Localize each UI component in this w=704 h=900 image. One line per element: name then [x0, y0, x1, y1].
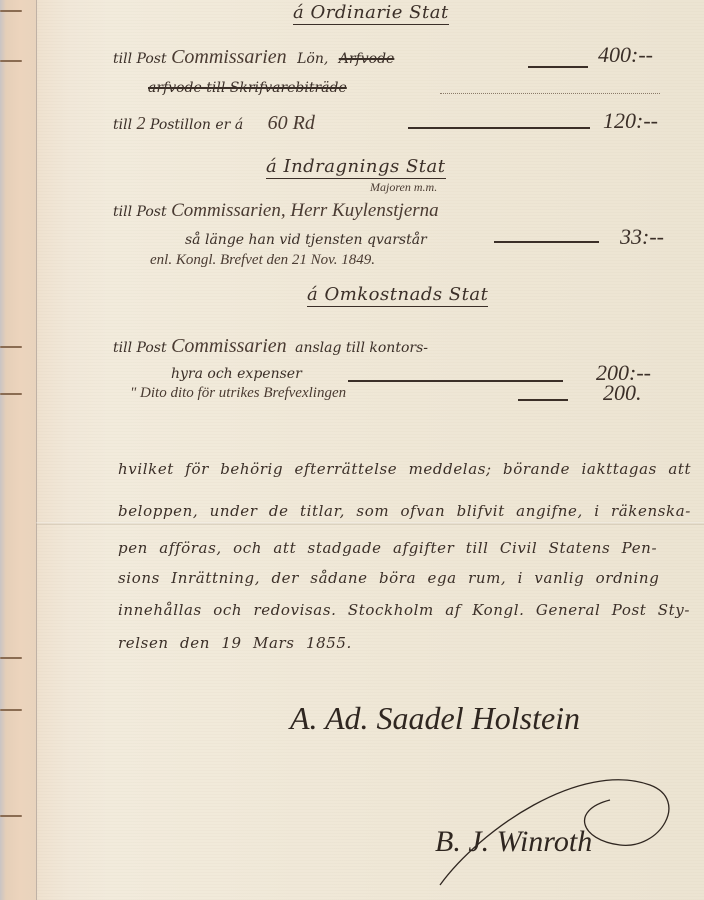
amount-leader-rule: [408, 127, 590, 129]
body-line-6: relsen den 19 Mars 1855.: [118, 634, 352, 652]
rate-value: 60 Rd: [268, 112, 315, 134]
section-heading-omkostnads: á Omkostnads Stat: [307, 284, 488, 307]
amount-400: 400:--: [598, 42, 653, 68]
amount-leader-rule: [348, 380, 563, 382]
signature-flourish: [400, 740, 700, 890]
entry-ordinarie-2: till 2 Postillon er á 60 Rd: [113, 112, 315, 135]
amount-leader-rule: [494, 241, 599, 243]
paper-fold-crease: [36, 522, 704, 525]
body-line-2: beloppen, under de titlar, som ofvan bli…: [118, 502, 691, 520]
amount-33: 33:--: [620, 224, 664, 250]
handwritten-title: Commissarien: [171, 46, 287, 68]
section-heading-ordinarie: á Ordinarie Stat: [293, 2, 449, 25]
entry-indragnings-2: så länge han vid tjensten qvarstår: [185, 232, 427, 248]
body-line-1: hvilket för behörig efterrättelse meddel…: [118, 460, 691, 478]
entry-omkostnads-2: hyra och expenser: [171, 366, 302, 382]
binding-stitch: [0, 60, 22, 62]
binding-stitch: [0, 657, 22, 659]
binding-stitch: [0, 393, 22, 395]
amount-120: 120:--: [603, 108, 658, 134]
paper-binding-edge: [0, 0, 37, 900]
handwritten-note-brefvet: enl. Kongl. Brefvet den 21 Nov. 1849.: [150, 252, 375, 269]
handwritten-note-utrikes: " Dito dito för utrikes Brefvexlingen: [130, 385, 346, 402]
binding-stitch: [0, 346, 22, 348]
entry-indragnings-1: till Post Commissarien, Herr Kuylenstjer…: [113, 200, 439, 222]
amount-leader-rule: [518, 399, 568, 401]
body-line-5: innehållas och redovisas. Stockholm af K…: [118, 601, 690, 619]
signature-winroth: B. J. Winroth: [435, 825, 592, 859]
dotted-leader: [440, 93, 660, 94]
signature-holstein: A. Ad. Saadel Holstein: [290, 700, 580, 737]
entry-omkostnads-1: till Post Commissarien anslag till konto…: [113, 335, 428, 358]
amount-leader-rule: [528, 66, 588, 68]
binding-stitch: [0, 10, 22, 12]
annotation-majoren: Majoren m.m.: [370, 180, 437, 195]
amount-200-utrikes: 200.: [603, 380, 642, 406]
body-line-3: pen afföras, och att stadgade afgifter t…: [118, 539, 657, 557]
body-line-4: sions Inrättning, der sådane böra ega ru…: [118, 569, 659, 587]
struck-line-arfvode: arfvode till Skrifvarebiträde: [148, 80, 347, 96]
binding-stitch: [0, 709, 22, 711]
entry-ordinarie-1: till Post Commissarien Lön, Arfvode: [113, 46, 394, 69]
handwritten-name: Commissarien, Herr Kuylenstjerna: [171, 200, 439, 221]
section-heading-indragnings: á Indragnings Stat: [266, 156, 446, 179]
binding-stitch: [0, 815, 22, 817]
struck-word: Arfvode: [339, 51, 395, 67]
